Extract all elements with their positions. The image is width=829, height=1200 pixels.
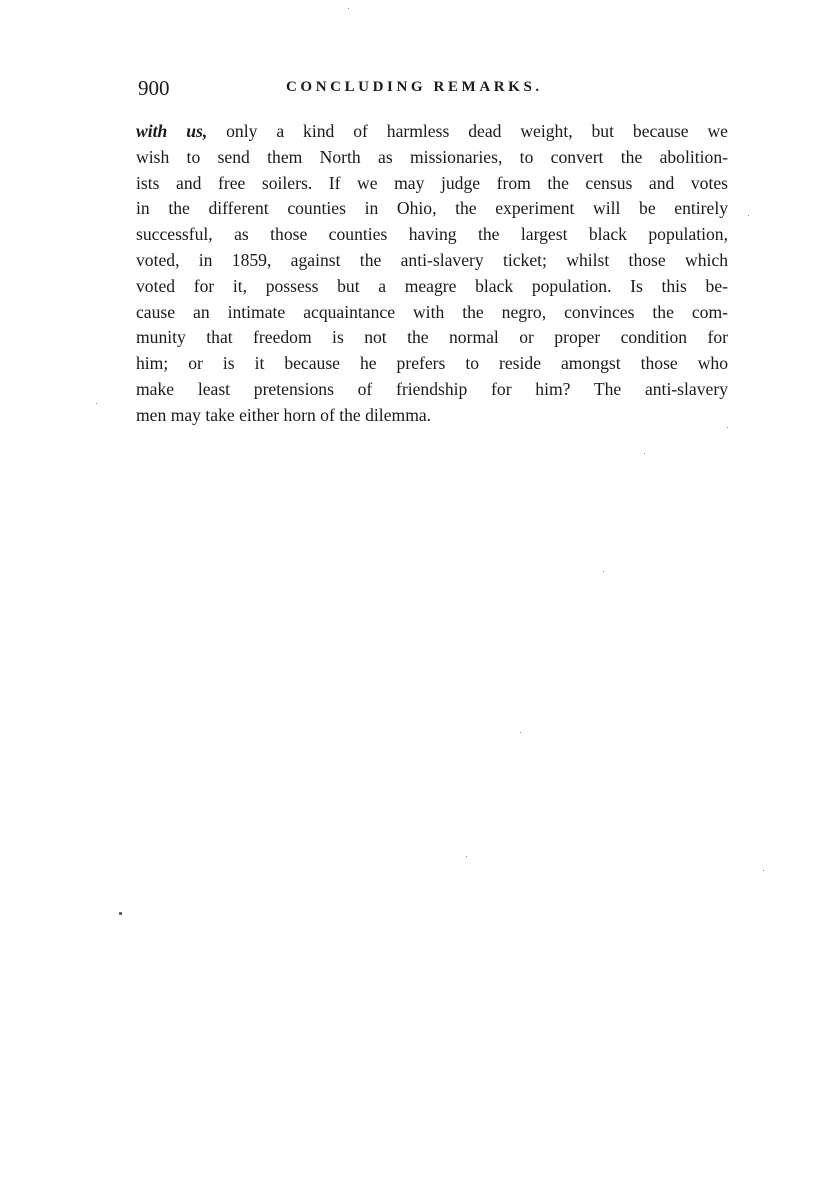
running-title: CONCLUDING REMARKS. <box>286 79 543 96</box>
scan-speck <box>119 912 122 915</box>
scan-speck <box>348 8 349 9</box>
scan-speck <box>96 403 97 404</box>
scan-speck <box>763 870 764 871</box>
italic-phrase: with us, <box>136 121 207 141</box>
text-line: successful, as those counties having the… <box>136 222 728 248</box>
running-head: 900 CONCLUDING REMARKS. <box>136 76 728 104</box>
text-line: in the different counties in Ohio, the e… <box>136 196 728 222</box>
text-line: voted, in 1859, against the anti-slavery… <box>136 248 728 274</box>
scan-speck <box>603 571 604 572</box>
text-line: men may take either horn of the dilemma. <box>136 403 728 429</box>
text-line: make least pretensions of friendship for… <box>136 377 728 403</box>
scan-speck <box>748 215 749 216</box>
scan-speck <box>727 427 728 428</box>
page-number: 900 <box>138 76 170 101</box>
text-line: cause an intimate acquaintance with the … <box>136 300 728 326</box>
text-line: voted for it, possess but a meagre black… <box>136 274 728 300</box>
text-line: munity that freedom is not the normal or… <box>136 325 728 351</box>
book-page: 900 CONCLUDING REMARKS. with us, only a … <box>0 0 829 1200</box>
text-line: with us, only a kind of harmless dead we… <box>136 119 728 145</box>
text-line: ists and free soilers. If we may judge f… <box>136 171 728 197</box>
text-line-rest: only a kind of harmless dead weight, but… <box>207 121 728 141</box>
text-line: him; or is it because he prefers to resi… <box>136 351 728 377</box>
scan-speck <box>644 453 645 454</box>
scan-speck <box>466 856 467 857</box>
scan-speck <box>520 732 521 733</box>
text-line: wish to send them North as missionaries,… <box>136 145 728 171</box>
body-paragraph: with us, only a kind of harmless dead we… <box>136 119 728 429</box>
